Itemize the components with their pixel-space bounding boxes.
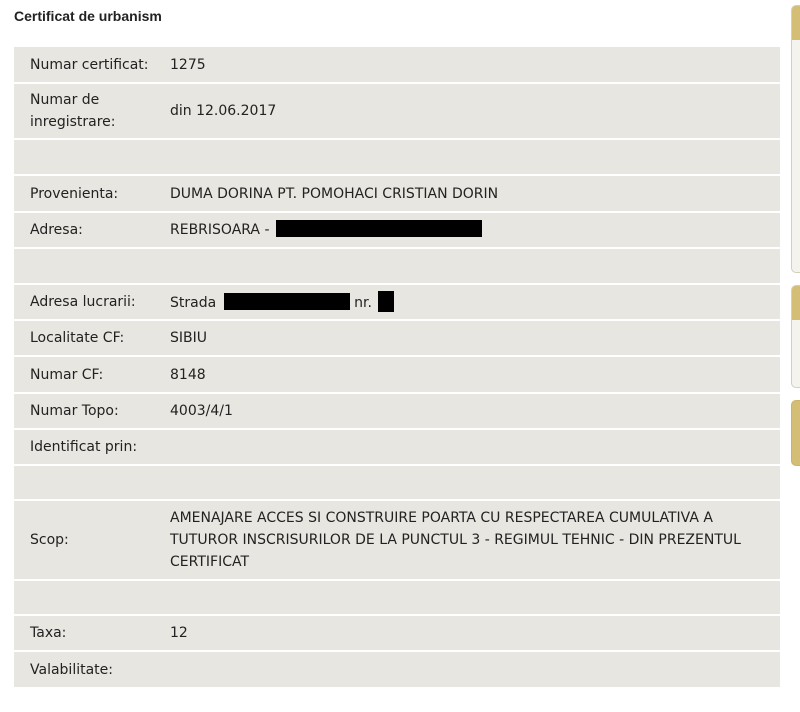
page-title: Certificat de urbanism [14, 8, 162, 24]
row-numar-certificat: Numar certificat: 1275 [14, 47, 780, 82]
field-value: SIBIU [170, 327, 780, 349]
side-panel-header [792, 286, 800, 320]
row-scop: Scop: AMENAJARE ACCES SI CONSTRUIRE POAR… [14, 501, 780, 579]
field-value: 1275 [170, 54, 780, 76]
number-prefix: nr. [354, 295, 372, 311]
field-label: Numar CF: [14, 364, 170, 386]
field-value: AMENAJARE ACCES SI CONSTRUIRE POARTA CU … [170, 507, 780, 573]
field-label: Taxa: [14, 622, 170, 644]
side-panel-1[interactable] [791, 5, 800, 273]
field-value: 12 [170, 622, 780, 644]
side-panel-header [792, 6, 800, 40]
redacted-block [276, 220, 482, 237]
field-label: Scop: [14, 529, 170, 551]
row-numar-inregistrare: Numar de inregistrare: din 12.06.2017 [14, 84, 780, 138]
field-value: REBRISOARA - [170, 219, 780, 241]
row-valabilitate: Valabilitate: [14, 652, 780, 687]
field-label: Provenienta: [14, 183, 170, 205]
field-value: 4003/4/1 [170, 400, 780, 422]
field-label: Adresa: [14, 219, 170, 241]
field-label: Numar Topo: [14, 400, 170, 422]
field-label: Localitate CF: [14, 327, 170, 349]
field-label: Valabilitate: [14, 659, 170, 681]
row-adresa-lucrarii: Adresa lucrarii: Strada nr. [14, 285, 780, 319]
field-label: Adresa lucrarii: [14, 291, 170, 313]
redacted-block [224, 293, 350, 310]
certificate-details-table: Numar certificat: 1275 Numar de inregist… [14, 47, 780, 689]
street-prefix: Strada [170, 295, 216, 311]
field-label: Numar de inregistrare: [14, 89, 170, 133]
field-value: Strada nr. [170, 291, 780, 314]
row-identificat-prin: Identificat prin: [14, 430, 780, 464]
field-label: Identificat prin: [14, 436, 170, 458]
row-empty [14, 249, 780, 283]
row-localitate-cf: Localitate CF: SIBIU [14, 321, 780, 355]
row-empty [14, 581, 780, 614]
row-numar-cf: Numar CF: 8148 [14, 357, 780, 392]
row-numar-topo: Numar Topo: 4003/4/1 [14, 394, 780, 428]
field-value: din 12.06.2017 [170, 100, 780, 122]
row-taxa: Taxa: 12 [14, 616, 780, 650]
field-value: 8148 [170, 364, 780, 386]
row-empty [14, 466, 780, 499]
field-value: DUMA DORINA PT. POMOHACI CRISTIAN DORIN [170, 183, 780, 205]
side-panel-2[interactable] [791, 285, 800, 388]
field-label: Numar certificat: [14, 54, 170, 76]
row-provenienta: Provenienta: DUMA DORINA PT. POMOHACI CR… [14, 176, 780, 211]
row-adresa: Adresa: REBRISOARA - [14, 213, 780, 247]
side-panel-3[interactable] [791, 400, 800, 466]
redacted-block [378, 291, 394, 312]
row-empty [14, 140, 780, 174]
address-prefix: REBRISOARA - [170, 222, 270, 238]
